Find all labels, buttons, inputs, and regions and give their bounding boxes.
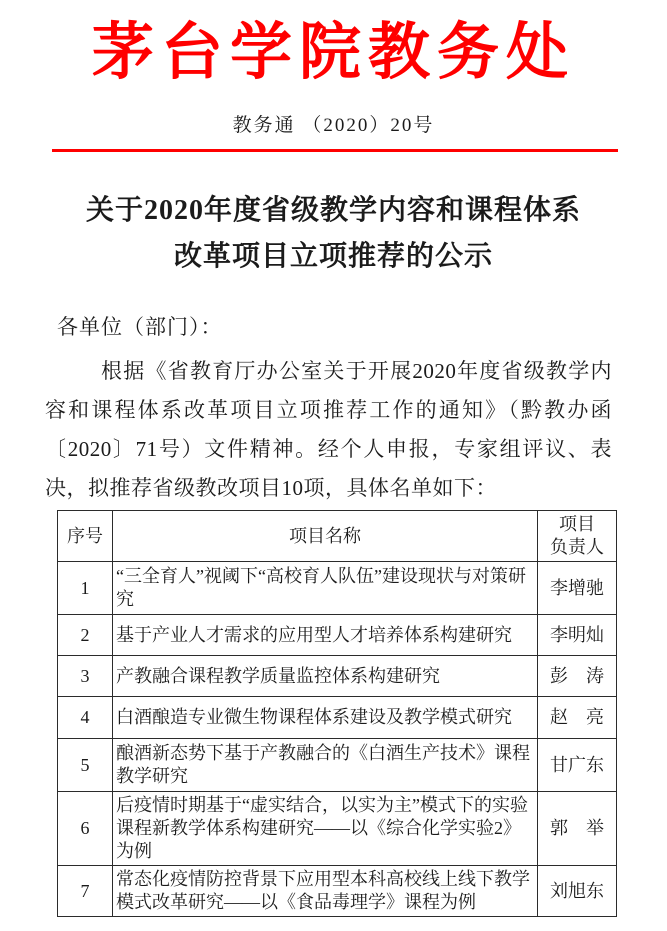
body-paragraph: 根据《省教育厅办公室关于开展2020年度省级教学内容和课程体系改革项目立项推荐工… (45, 352, 612, 508)
row-project-leader: 郭 举 (538, 792, 617, 866)
table-row: 3 产教融合课程教学质量监控体系构建研究 彭 涛 (58, 656, 617, 697)
table-header-row: 序号 项目名称 项目 负责人 (58, 511, 617, 562)
document-number: 教务通 （2020）20号 (0, 112, 667, 140)
table-row: 2 基于产业人才需求的应用型人才培养体系构建研究 李明灿 (58, 615, 617, 656)
row-project-leader: 刘旭东 (538, 866, 617, 917)
row-project-name: 基于产业人才需求的应用型人才培养体系构建研究 (113, 615, 538, 656)
project-table: 序号 项目名称 项目 负责人 1 “三全育人”视阈下“高校育人队伍”建设现状与对… (57, 510, 617, 917)
notice-title-line2: 改革项目立项推荐的公示 (0, 234, 667, 280)
row-index: 2 (58, 615, 113, 656)
notice-title-line1: 关于2020年度省级教学内容和课程体系 (0, 188, 667, 234)
row-project-name: 酿酒新态势下基于产教融合的《白酒生产技术》课程教学研究 (113, 739, 538, 792)
header-index: 序号 (58, 511, 113, 562)
row-project-name: 常态化疫情防控背景下应用型本科高校线上线下教学模式改革研究——以《食品毒理学》课… (113, 866, 538, 917)
row-project-leader: 李增驰 (538, 562, 617, 615)
row-project-name: 白酒酿造专业微生物课程体系建设及教学模式研究 (113, 697, 538, 739)
row-project-leader: 甘广东 (538, 739, 617, 792)
row-project-name: 产教融合课程教学质量监控体系构建研究 (113, 656, 538, 697)
row-project-name: “三全育人”视阈下“高校育人队伍”建设现状与对策研究 (113, 562, 538, 615)
row-project-leader: 李明灿 (538, 615, 617, 656)
salutation: 各单位（部门）： (57, 312, 223, 342)
document-page: 茅台学院教务处 教务通 （2020）20号 关于2020年度省级教学内容和课程体… (0, 0, 667, 931)
row-project-leader: 彭 涛 (538, 656, 617, 697)
table-row: 7 常态化疫情防控背景下应用型本科高校线上线下教学模式改革研究——以《食品毒理学… (58, 866, 617, 917)
table-row: 1 “三全育人”视阈下“高校育人队伍”建设现状与对策研究 李增驰 (58, 562, 617, 615)
row-index: 6 (58, 792, 113, 866)
notice-title: 关于2020年度省级教学内容和课程体系 改革项目立项推荐的公示 (0, 188, 667, 280)
header-project-leader: 项目 负责人 (538, 511, 617, 562)
header-project-name: 项目名称 (113, 511, 538, 562)
row-index: 3 (58, 656, 113, 697)
table-row: 4 白酒酿造专业微生物课程体系建设及教学模式研究 赵 亮 (58, 697, 617, 739)
row-index: 7 (58, 866, 113, 917)
row-project-name: 后疫情时期基于“虚实结合，以实为主”模式下的实验课程新教学体系构建研究——以《综… (113, 792, 538, 866)
row-index: 5 (58, 739, 113, 792)
org-title: 茅台学院教务处 (0, 8, 667, 98)
row-project-leader: 赵 亮 (538, 697, 617, 739)
table-row: 6 后疫情时期基于“虚实结合，以实为主”模式下的实验课程新教学体系构建研究——以… (58, 792, 617, 866)
row-index: 1 (58, 562, 113, 615)
row-index: 4 (58, 697, 113, 739)
table-row: 5 酿酒新态势下基于产教融合的《白酒生产技术》课程教学研究 甘广东 (58, 739, 617, 792)
red-divider-line (52, 149, 618, 152)
